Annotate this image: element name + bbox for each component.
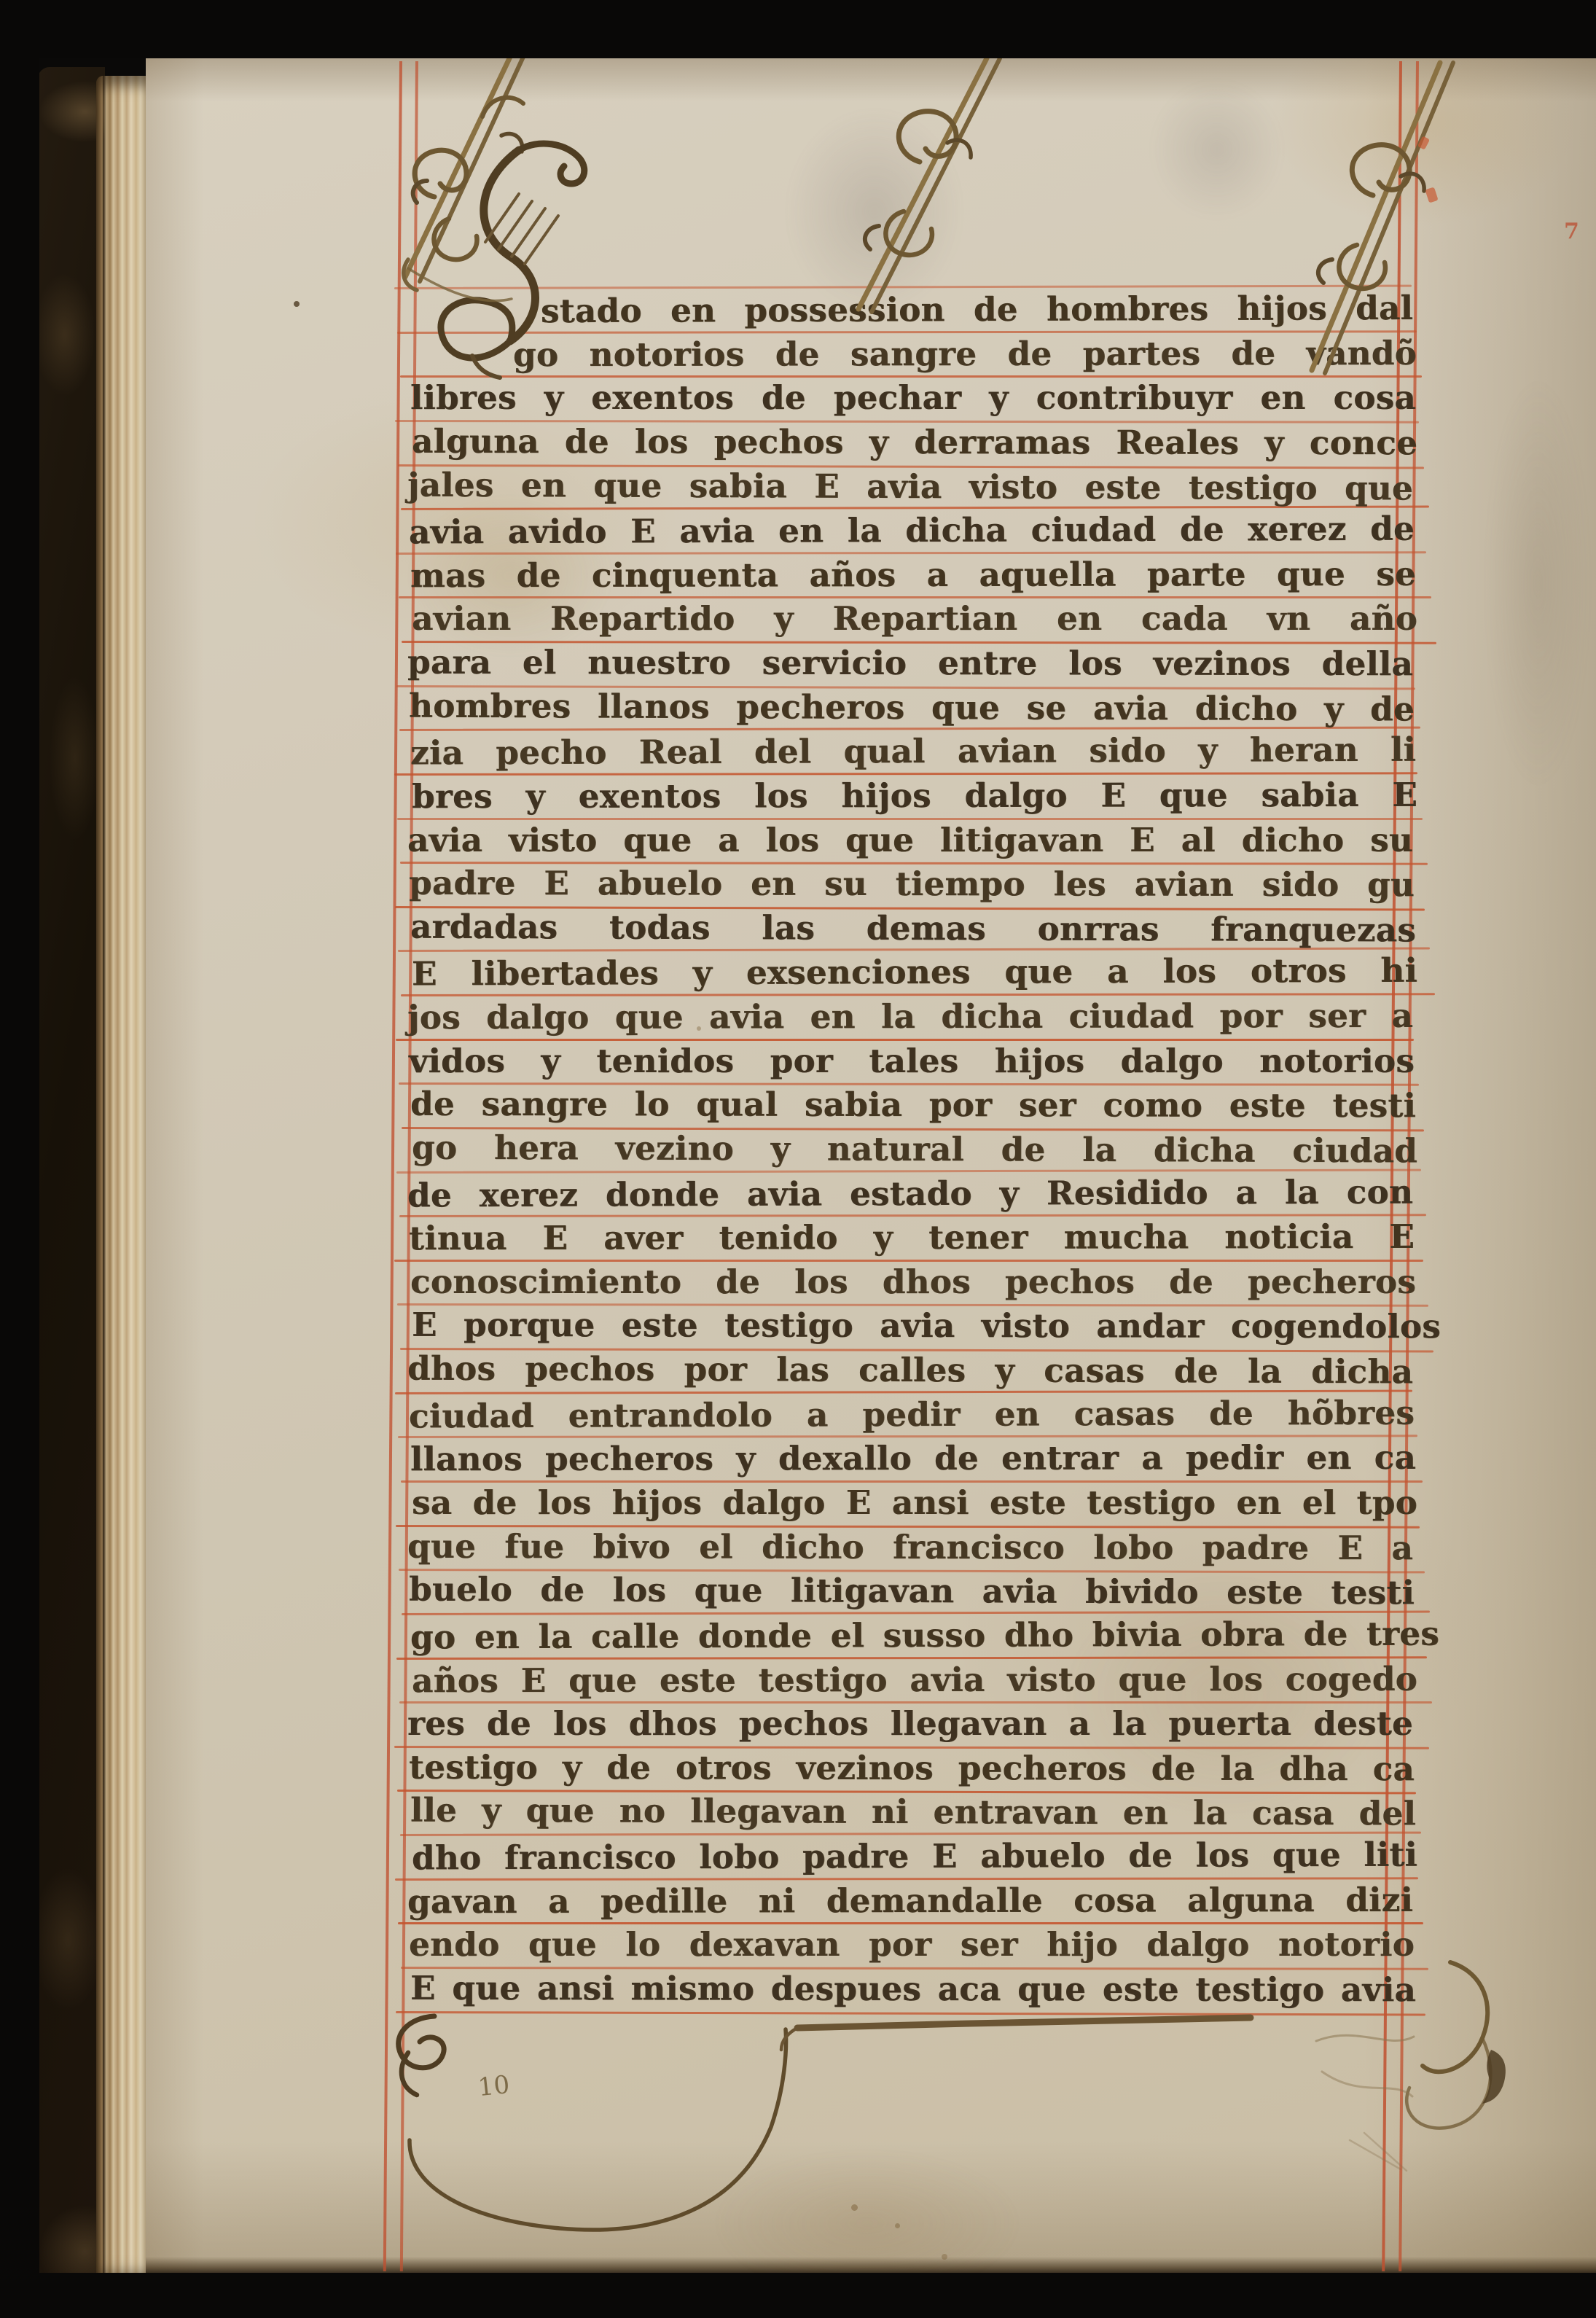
ruled-line: [399, 596, 1431, 598]
text-line: go en la calle donde el susso dho bivia …: [410, 1615, 1439, 1658]
text-line: testigo y de otros vezinos pecheros de l…: [409, 1749, 1415, 1790]
text-line: E porque este testigo avia visto andar c…: [412, 1306, 1441, 1347]
ruled-line: [398, 1922, 1423, 1924]
text-line: mas de cinquenta años a aquella parte qu…: [410, 555, 1416, 596]
text-line: llanos pecheros y dexallo de entrar a pe…: [410, 1439, 1416, 1480]
page-edge-stack: [96, 76, 152, 2282]
showthrough-smudge: [1151, 80, 1283, 219]
text-line: alguna de los pechos y derramas Reales y…: [412, 423, 1417, 464]
ink-fleck: [851, 2204, 858, 2211]
text-line: gavan a pedille ni demandalle cosa algun…: [407, 1881, 1413, 1921]
text-line: go notorios de sangre de partes de vandõ: [513, 335, 1417, 375]
ruled-line: [400, 375, 1422, 378]
text-line: ardadas todas las demas onrras franqueza…: [410, 908, 1416, 951]
showthrough-smudge: [787, 109, 962, 313]
ink-fleck: [942, 2254, 947, 2260]
ruled-line: [397, 818, 1423, 820]
text-line: años E que este testigo avia visto que l…: [412, 1660, 1417, 1701]
bottom-number-annotation: 10: [477, 2070, 511, 2102]
text-line: avia avido E avia en la dicha ciudad de …: [409, 510, 1415, 553]
text-line: jales en que sabia E avia visto este tes…: [407, 466, 1413, 509]
text-line: avia visto que a los que litigavan E al …: [407, 822, 1413, 861]
text-line: go hera vezino y natural de la dicha ciu…: [412, 1129, 1417, 1172]
text-line: buelo de los que litigavan avia bivido e…: [409, 1571, 1415, 1614]
text-line: de sangre lo qual sabia por ser como est…: [410, 1085, 1416, 1126]
book-cover-spine: [38, 67, 105, 2296]
text-line: para el nuestro servicio entre los vezin…: [407, 644, 1413, 684]
text-line: jos dalgo que avia en la dicha ciudad po…: [407, 997, 1413, 1038]
ruled-line: [399, 1701, 1432, 1704]
ruled-line: [401, 1480, 1423, 1483]
text-line: que fue bivo el dicho francisco lobo pad…: [407, 1527, 1413, 1568]
text-line: libres y exentos de pechar y contribuyr …: [410, 379, 1416, 418]
text-line: dhos pechos por las calles y casas de la…: [407, 1350, 1413, 1393]
text-line: E que ansi mismo despues aca que este te…: [410, 1970, 1416, 2010]
text-line: sa de los hijos dalgo E ansi este testig…: [412, 1484, 1417, 1523]
text-line: endo que lo dexavan por ser hijo dalgo n…: [409, 1926, 1415, 1965]
text-line: tinua E aver tenido y tener mucha notici…: [409, 1218, 1415, 1259]
margin-mark-right: 7: [1564, 219, 1579, 244]
showthrough-smudge: [1487, 379, 1589, 787]
ink-fleck: [895, 2223, 900, 2228]
text-line: vidos y tenidos por tales hijos dalgo no…: [409, 1042, 1415, 1082]
photo-backdrop: [0, 0, 1596, 58]
ink-fleck: [697, 1026, 701, 1031]
text-line: E libertades y exsenciones que a los otr…: [412, 952, 1417, 995]
ruled-line: [396, 1039, 1414, 1041]
photo-backdrop: [0, 0, 39, 2318]
text-line: res de los dhos pechos llegavan a la pue…: [407, 1705, 1413, 1744]
text-line: avian Repartido y Repartian en cada vn a…: [412, 600, 1417, 639]
manuscript-photo: stado en possession de hombres hijos dal…: [0, 0, 1596, 2318]
text-line: bres y exentos los hijos dalgo E que sab…: [412, 776, 1417, 817]
text-line: lle y que no llegavan ni entravan en la …: [410, 1792, 1416, 1835]
ruled-line: [394, 1260, 1423, 1262]
text-line: de xerez donde avia estado y Residido a …: [407, 1173, 1413, 1216]
text-line: padre E abuelo en su tiempo les avian si…: [409, 865, 1415, 905]
text-line: ciudad entrandolo a pedir en casas de hõ…: [409, 1394, 1415, 1437]
text-line: hombres llanos pecheros que se avia dich…: [409, 687, 1415, 730]
photo-backdrop: [0, 2273, 1596, 2318]
text-line: conoscimiento de los dhos pechos de pech…: [410, 1263, 1416, 1303]
text-line: stado en possession de hombres hijos dal: [541, 289, 1413, 332]
text-line: dho francisco lobo padre E abuelo de los…: [412, 1836, 1417, 1879]
text-line: zia pecho Real del qual avian sido y her…: [410, 731, 1416, 774]
